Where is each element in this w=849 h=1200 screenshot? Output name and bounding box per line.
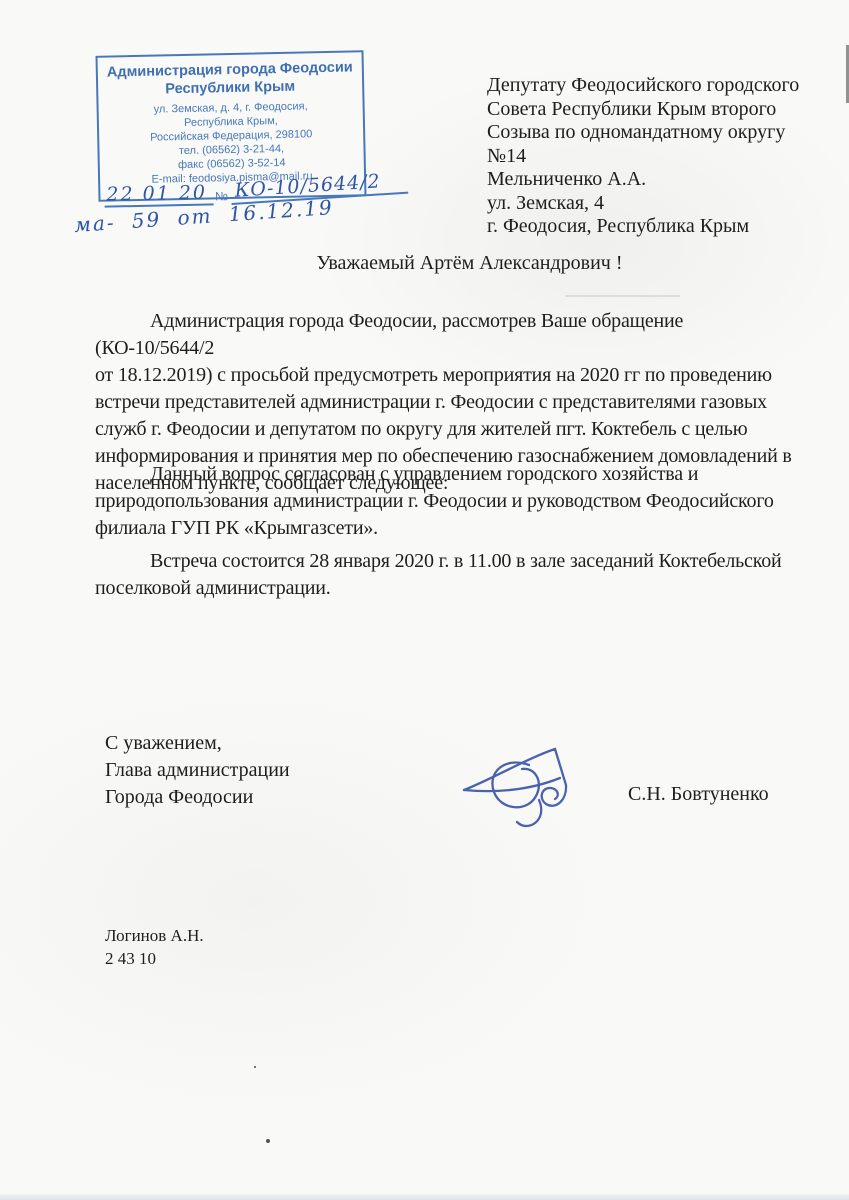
stamp-org-title: Администрация города Феодосии Республики… [98, 59, 363, 100]
body-paragraph-3: Встреча состоится 28 января 2020 г. в 11… [95, 548, 807, 602]
scan-speck [266, 1139, 270, 1143]
executor-phone: 2 43 10 [105, 947, 204, 970]
scan-speck [254, 1066, 256, 1068]
org-stamp: Администрация города Феодосии Республики… [96, 50, 367, 202]
recipient-block: Депутату Феодосийского городского Совета… [487, 74, 817, 239]
scanned-letter-page: Администрация города Феодосии Республики… [0, 0, 849, 1200]
signer-name: С.Н. Бовтуненко [628, 783, 769, 806]
body-paragraph-2: Данный вопрос согласован с управлением г… [95, 461, 807, 542]
executor-name: Логинов А.Н. [105, 924, 204, 947]
signature-scribble [452, 736, 602, 831]
scan-artifact-bottom-strip [0, 1194, 849, 1200]
salutation: Уважаемый Артём Александрович ! [0, 252, 849, 275]
executor-footer: Логинов А.Н. 2 43 10 [105, 924, 204, 970]
scan-artifact-line [565, 295, 680, 297]
signoff-block: С уважением, Глава администрации Города … [105, 730, 290, 811]
